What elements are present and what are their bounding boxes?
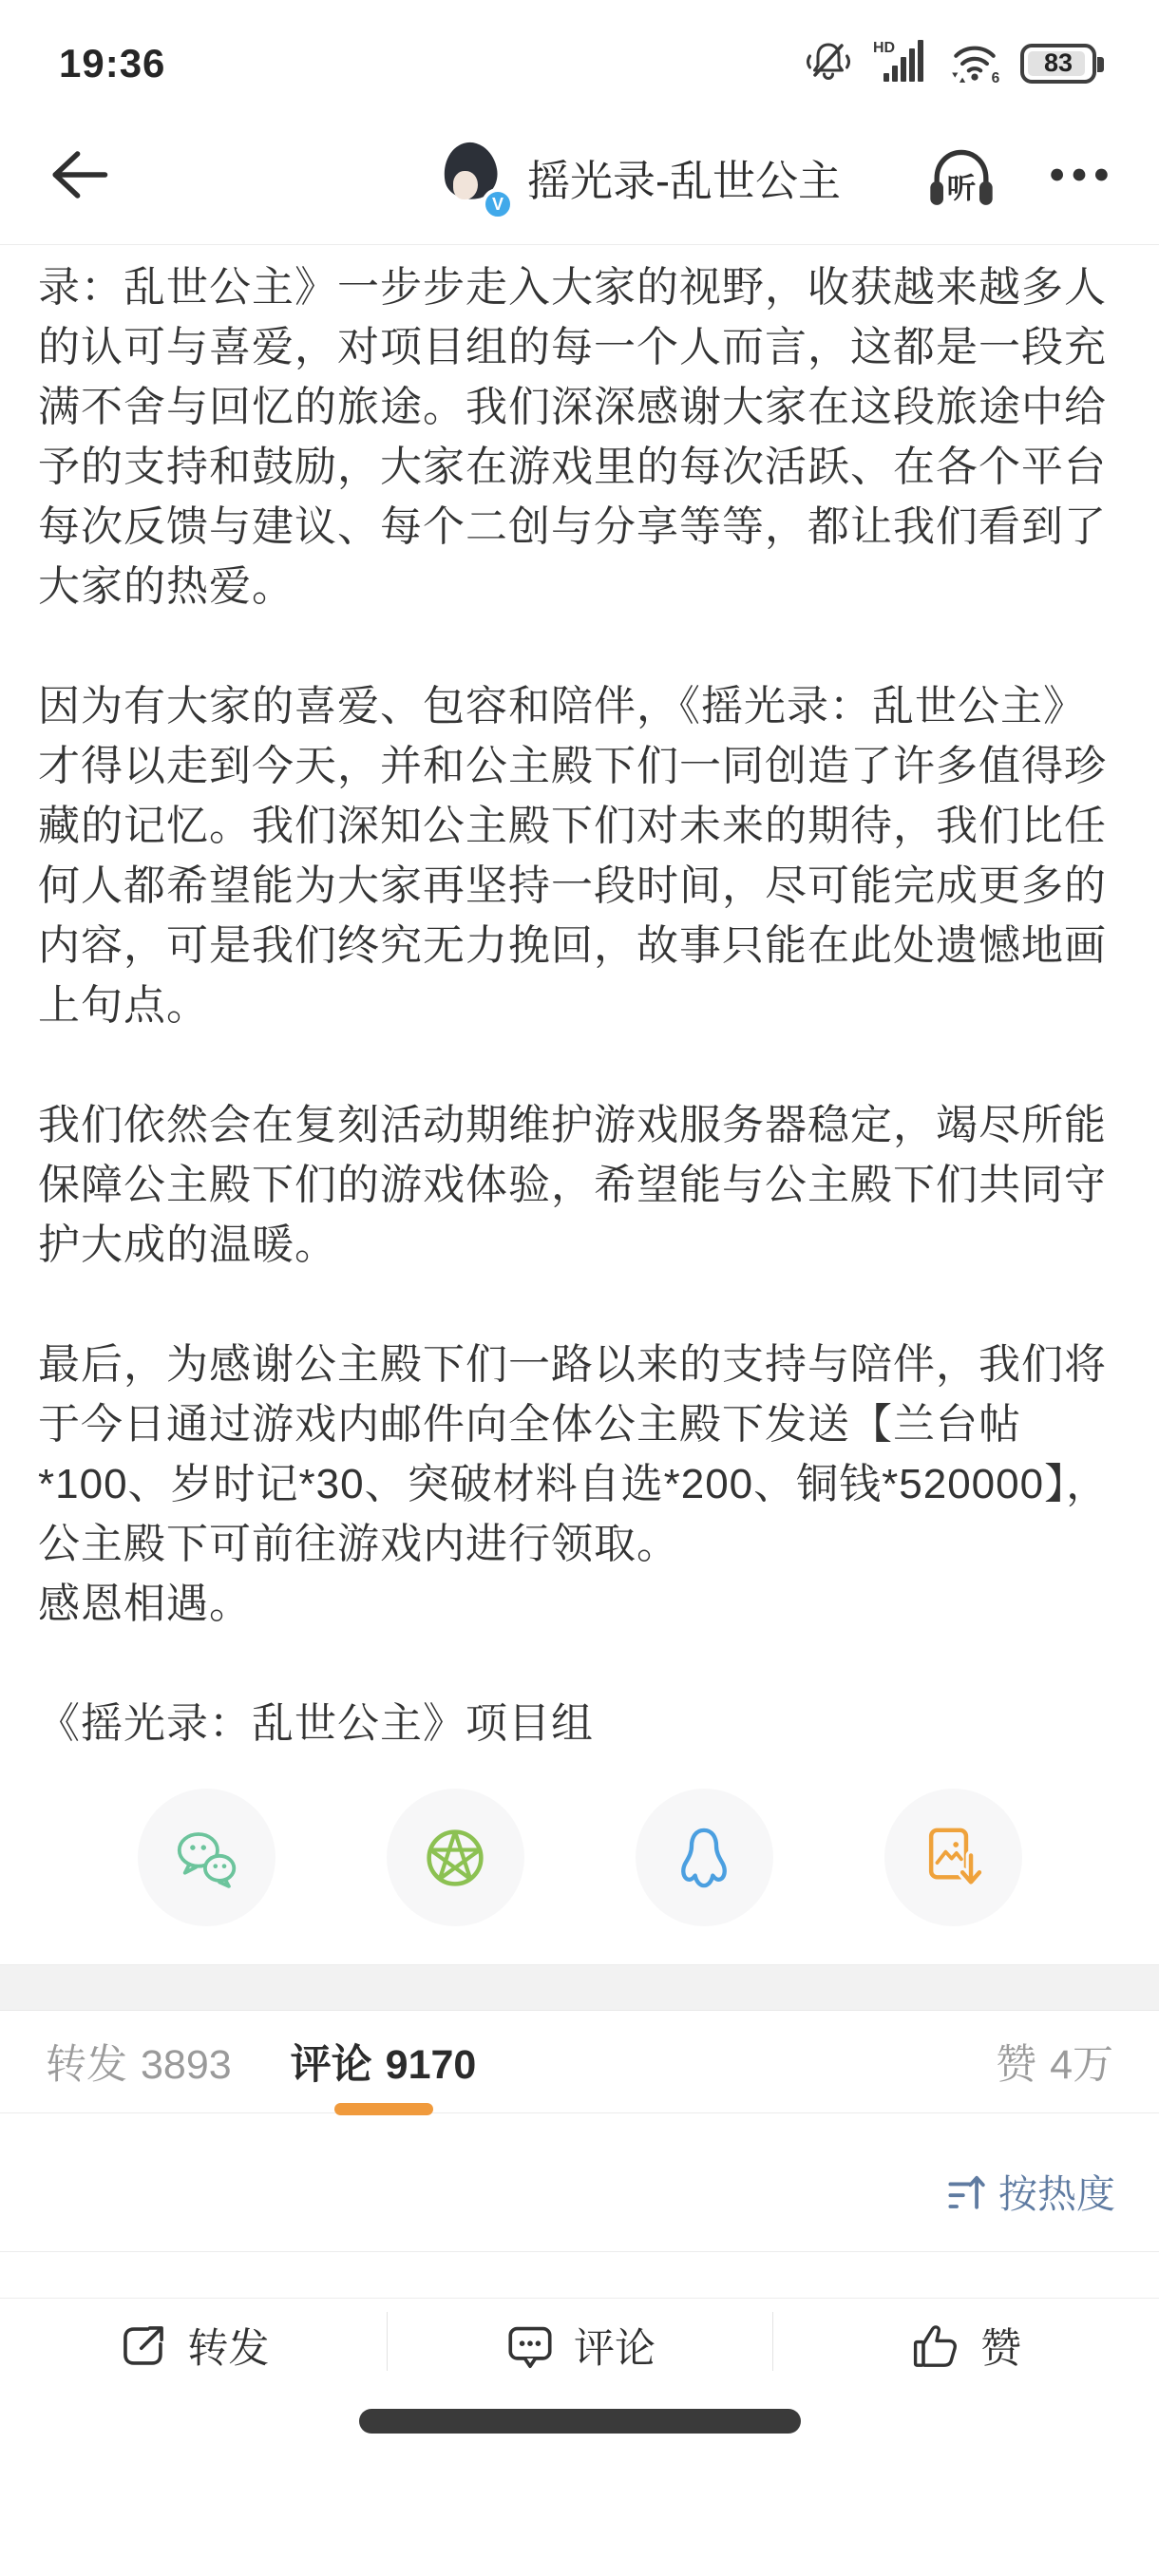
comment-button[interactable]: 评论	[387, 2299, 773, 2393]
share-moments-button[interactable]	[387, 1789, 524, 1926]
nav-bar: V 摇光录-乱世公主 听	[0, 109, 1159, 245]
battery-percent: 83	[1024, 47, 1092, 80]
post-paragraph: 录：乱世公主》一步步走入大家的视野，收获越来越多人的认可与喜爱，对项目组的每一个…	[38, 257, 1121, 616]
wechat-icon	[167, 1822, 245, 1894]
share-row	[0, 1789, 1159, 1965]
more-options-button[interactable]	[1047, 164, 1111, 190]
listen-audio-button[interactable]: 听	[925, 141, 997, 214]
page-title: 摇光录-乱世公主	[527, 146, 841, 208]
repost-icon	[117, 2320, 170, 2373]
sort-icon	[947, 2171, 987, 2211]
post-paragraph: 感恩相遇。	[38, 1574, 1121, 1634]
weibo-post-detail-screen: { "status_bar": { "time": "19:36", "batt…	[0, 0, 1159, 2576]
mute-bell-icon	[804, 39, 853, 87]
tab-reposts-label: 转发	[46, 2033, 127, 2091]
nav-actions: 听	[925, 141, 1111, 214]
post-paragraph: 我们依然会在复刻活动期维护游戏服务器稳定，竭尽所能保障公主殿下们的游戏体验，希望…	[38, 1095, 1121, 1275]
like-icon	[910, 2320, 963, 2373]
share-wechat-button[interactable]	[138, 1789, 275, 1926]
bottom-action-bar: 转发 评论 赞	[0, 2298, 1159, 2393]
qq-icon	[674, 1824, 733, 1892]
post-content: 录：乱世公主》一步步走入大家的视野，收获越来越多人的认可与喜爱，对项目组的每一个…	[0, 245, 1159, 1753]
tab-comments-count: 9170	[386, 2042, 477, 2089]
tab-likes[interactable]: 赞 4万	[996, 2033, 1113, 2091]
profile-header[interactable]: V 摇光录-乱世公主	[436, 141, 841, 213]
post-paragraph: 最后，为感谢公主殿下们一路以来的支持与陪伴，我们将于今日通过游戏内邮件向全体公主…	[38, 1335, 1121, 1574]
share-qq-button[interactable]	[636, 1789, 773, 1926]
post-paragraph: 因为有大家的喜爱、包容和陪伴，《摇光录：乱世公主》才得以走到今天，并和公主殿下们…	[38, 676, 1121, 1035]
svg-text:HD: HD	[873, 40, 895, 56]
svg-text:听: 听	[947, 172, 976, 204]
section-separator	[0, 1965, 1159, 2011]
wifi-icon: 6	[948, 38, 1001, 88]
repost-button-label: 转发	[187, 2317, 269, 2375]
tab-likes-label: 赞	[996, 2033, 1036, 2091]
sort-label: 按热度	[998, 2163, 1115, 2219]
tab-reposts-count: 3893	[141, 2042, 232, 2089]
clock: 19:36	[59, 41, 165, 86]
like-button-label: 赞	[980, 2317, 1021, 2375]
comments-list-empty	[0, 2252, 1159, 2298]
tab-reposts[interactable]: 转发 3893	[46, 2033, 232, 2091]
wechat-moments-icon	[419, 1822, 491, 1894]
sort-by-hot-button[interactable]: 按热度	[947, 2163, 1115, 2219]
engagement-tab-bar: 转发 3893 评论 9170 赞 4万	[0, 2011, 1159, 2113]
save-image-icon	[921, 1824, 984, 1892]
repost-button[interactable]: 转发	[0, 2299, 387, 2393]
status-icons: HD 6 83	[804, 38, 1104, 88]
svg-text:6: 6	[992, 70, 1000, 84]
battery-icon: 83	[1020, 44, 1096, 84]
verified-badge-icon: V	[482, 188, 514, 220]
post-signature: 《摇光录：乱世公主》项目组	[38, 1694, 1121, 1753]
avatar[interactable]: V	[436, 141, 508, 213]
tab-likes-count: 4万	[1050, 2033, 1113, 2091]
comment-button-label: 评论	[574, 2317, 655, 2375]
home-indicator[interactable]	[359, 2409, 801, 2434]
back-button[interactable]	[47, 147, 110, 207]
cellular-signal-icon: HD	[872, 39, 929, 87]
share-save-image-button[interactable]	[884, 1789, 1022, 1926]
like-button[interactable]: 赞	[772, 2299, 1159, 2393]
tab-comments[interactable]: 评论 9170	[291, 2033, 477, 2091]
comment-icon	[503, 2320, 557, 2373]
home-indicator-zone	[0, 2393, 1159, 2453]
tab-comments-label: 评论	[291, 2033, 372, 2091]
status-bar: 19:36 HD	[0, 0, 1159, 109]
comments-toolbar: 按热度	[0, 2113, 1159, 2252]
